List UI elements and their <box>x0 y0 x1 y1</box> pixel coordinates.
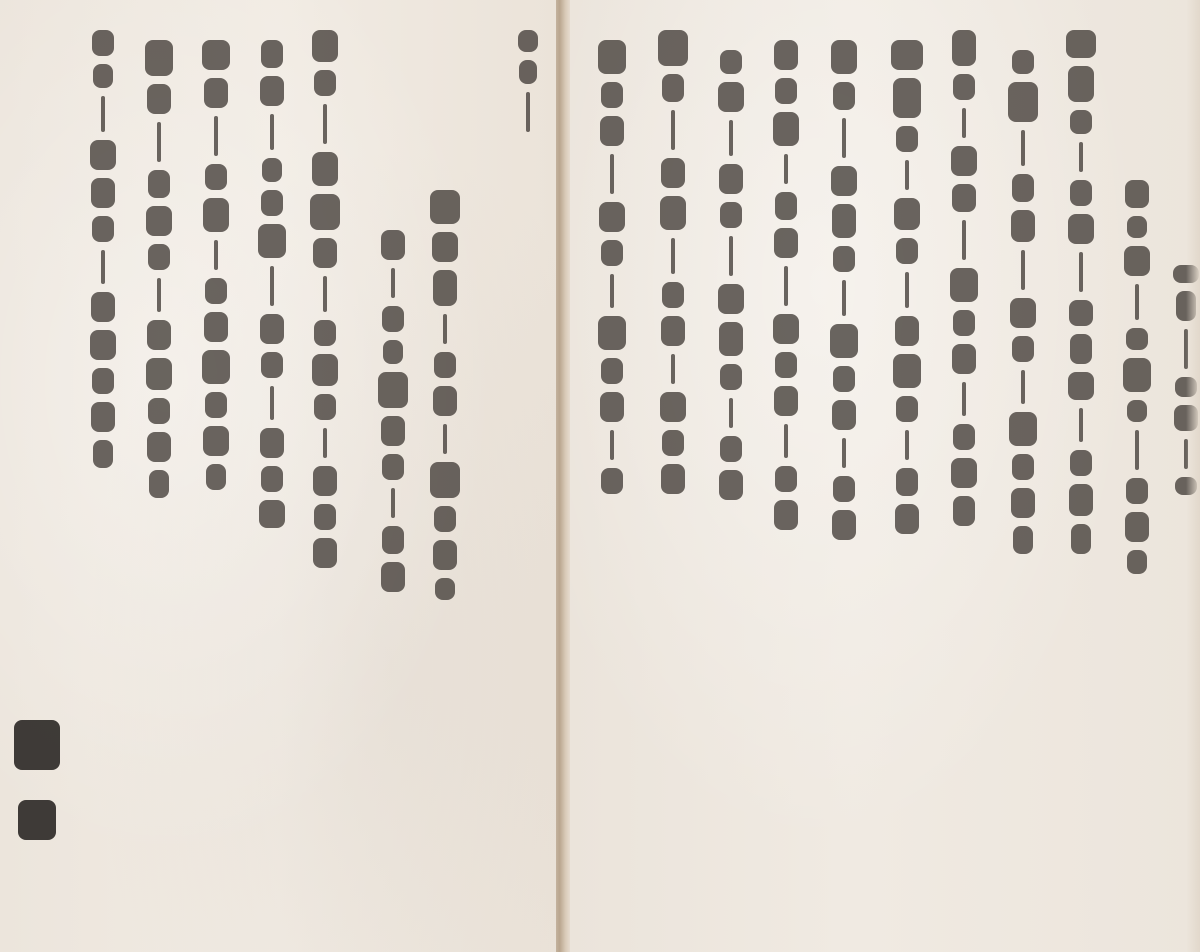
text-column-4 <box>1008 50 1038 554</box>
text-column-8 <box>90 30 116 468</box>
text-column-6 <box>202 40 230 490</box>
text-column-11 <box>598 40 626 494</box>
text-column-2 <box>1123 180 1151 574</box>
text-column-7 <box>830 40 858 540</box>
text-column-6 <box>891 40 923 534</box>
book-gutter <box>554 0 570 952</box>
text-column-5 <box>950 30 978 526</box>
page-edge <box>1186 0 1200 952</box>
text-column-5 <box>258 40 286 528</box>
text-column-2 <box>430 190 460 600</box>
text-column-9 <box>718 50 744 500</box>
signature-glyph-1 <box>14 720 60 770</box>
text-column-3 <box>378 230 408 592</box>
text-column-7 <box>145 40 173 498</box>
manuscript-spread <box>0 0 1200 952</box>
text-column-8 <box>773 40 799 530</box>
text-column-10 <box>658 30 688 494</box>
text-column-1 <box>518 30 538 132</box>
text-column-4 <box>310 30 340 568</box>
left-page <box>0 0 556 952</box>
signature-glyph-2 <box>18 800 56 840</box>
signature <box>14 720 60 840</box>
right-page <box>568 0 1200 952</box>
text-column-3 <box>1066 30 1096 554</box>
